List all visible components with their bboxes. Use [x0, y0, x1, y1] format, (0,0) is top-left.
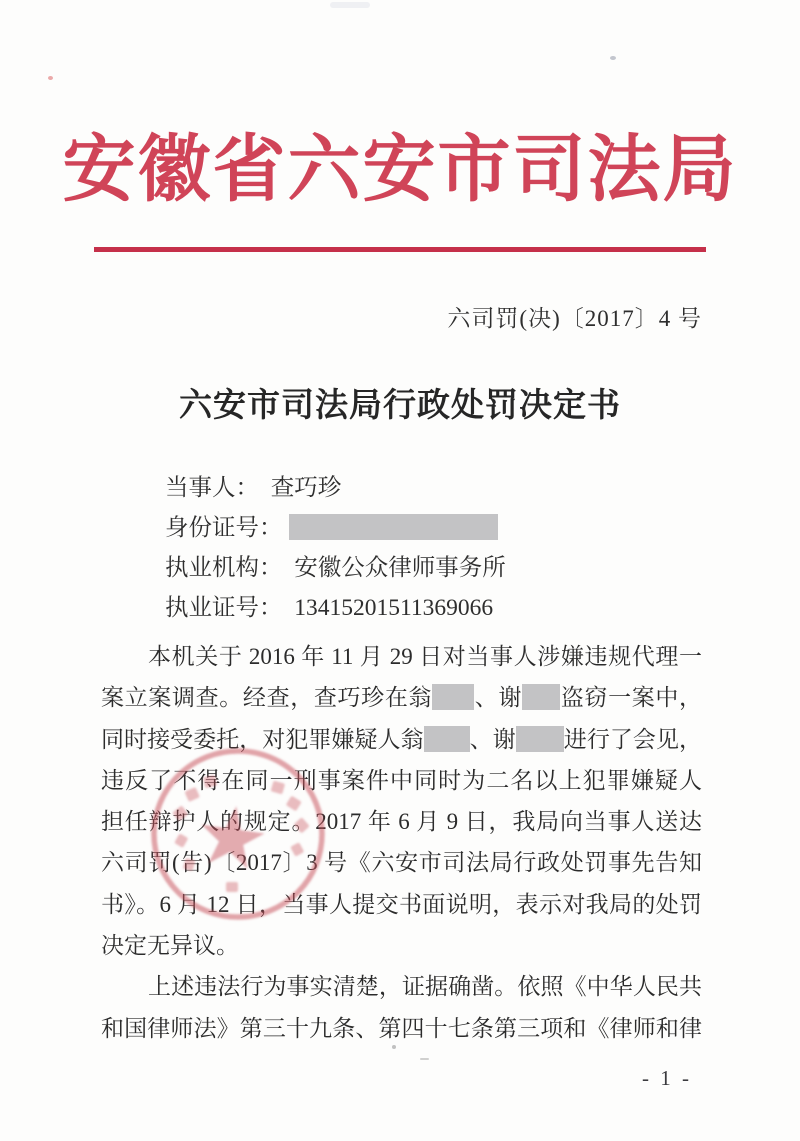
body-text-segment: 本机关于 2016 年 11 月 29 日对当事人涉嫌违规代理一: [148, 644, 702, 669]
body-line: 和国律师法》第三十九条、第四十七条第三项和《律师和律: [101, 1008, 702, 1049]
scanned-document-page: 安徽省六安市司法局 六司罚(决)〔2017〕4 号 六安市司法局行政处罚决定书 …: [0, 0, 800, 1141]
redaction-block: [424, 726, 470, 752]
scan-speck: [610, 56, 616, 60]
party-info-label: 身份证号：: [165, 515, 283, 541]
party-info-label: 执业证号：: [165, 595, 283, 621]
body-line: 违反了不得在同一刑事案件中同时为二名以上犯罪嫌疑人: [101, 760, 702, 801]
document-title: 六安市司法局行政处罚决定书: [0, 379, 800, 426]
party-info-line: 执业证号： 13415201511369066: [165, 588, 506, 628]
redaction-block: [522, 684, 560, 710]
party-info: 当事人： 查巧珍身份证号：执业机构： 安徽公众律师事务所执业证号： 134152…: [165, 468, 506, 628]
party-info-line: 当事人： 查巧珍: [165, 468, 506, 508]
body-line: 同时接受委托，对犯罪嫌疑人翁、谢进行了会见，: [101, 719, 702, 760]
redaction-block: [289, 514, 498, 540]
body-line: 担任辩护人的规定。2017 年 6 月 9 日，我局向当事人送达了: [101, 801, 702, 842]
body-line: 本机关于 2016 年 11 月 29 日对当事人涉嫌违规代理一: [101, 636, 702, 677]
body-text-segment: 盗窃一案中，: [560, 685, 702, 710]
body-line: 六司罚(告)〔2017〕3 号《六安市司法局行政处罚事先告知: [101, 842, 702, 883]
scan-speck: [420, 1058, 429, 1060]
body-line: 案立案调查。经查，查巧珍在翁、谢盗窃一案中，: [101, 677, 702, 718]
body-text-segment: 、谢: [470, 727, 516, 752]
body-text-segment: 决定无异议。: [101, 933, 239, 958]
letterhead-agency-title: 安徽省六安市司法局: [0, 110, 800, 215]
page-number: - 1 -: [642, 1066, 692, 1091]
body-text-segment: 、谢: [474, 685, 522, 710]
body-text-segment: 案立案调查。经查，查巧珍在翁: [101, 685, 432, 710]
party-info-value: 安徽公众律师事务所: [283, 555, 506, 581]
redaction-block: [432, 684, 474, 710]
party-info-label: 当事人：: [165, 475, 259, 501]
body-line: 书》。6 月 12 日，当事人提交书面说明，表示对我局的处罚: [101, 884, 702, 925]
body-line: 上述违法行为事实清楚，证据确凿。依照《中华人民共: [101, 966, 702, 1007]
party-info-value: 查巧珍: [259, 475, 341, 501]
body-text-segment: 书》。6 月 12 日，当事人提交书面说明，表示对我局的处罚: [101, 892, 702, 917]
letterhead-rule: [94, 247, 706, 252]
body-text-segment: 和国律师法》第三十九条、第四十七条第三项和《律师和律: [101, 1016, 702, 1041]
redaction-block: [516, 726, 564, 752]
body-line: 决定无异议。: [101, 925, 702, 966]
body-text: 本机关于 2016 年 11 月 29 日对当事人涉嫌违规代理一案立案调查。经查…: [101, 636, 702, 1049]
body-text-segment: 进行了会见，: [564, 727, 702, 752]
body-text-segment: 上述违法行为事实清楚，证据确凿。依照《中华人民共: [148, 974, 702, 999]
body-text-segment: 担任辩护人的规定。2017 年 6 月 9 日，我局向当事人送达了: [101, 809, 702, 842]
document-number: 六司罚(决)〔2017〕4 号: [447, 300, 702, 333]
party-info-value: 13415201511369066: [283, 595, 494, 621]
body-text-segment: 六司罚(告)〔2017〕3 号《六安市司法局行政处罚事先告知: [101, 850, 702, 875]
scan-speck: [48, 76, 53, 80]
party-info-line: 身份证号：: [165, 508, 506, 548]
body-text-segment: 违反了不得在同一刑事案件中同时为二名以上犯罪嫌疑人: [101, 768, 702, 793]
scan-smudge: [330, 2, 370, 8]
party-info-label: 执业机构：: [165, 555, 283, 581]
party-info-line: 执业机构： 安徽公众律师事务所: [165, 548, 506, 588]
body-text-segment: 同时接受委托，对犯罪嫌疑人翁: [101, 727, 424, 752]
